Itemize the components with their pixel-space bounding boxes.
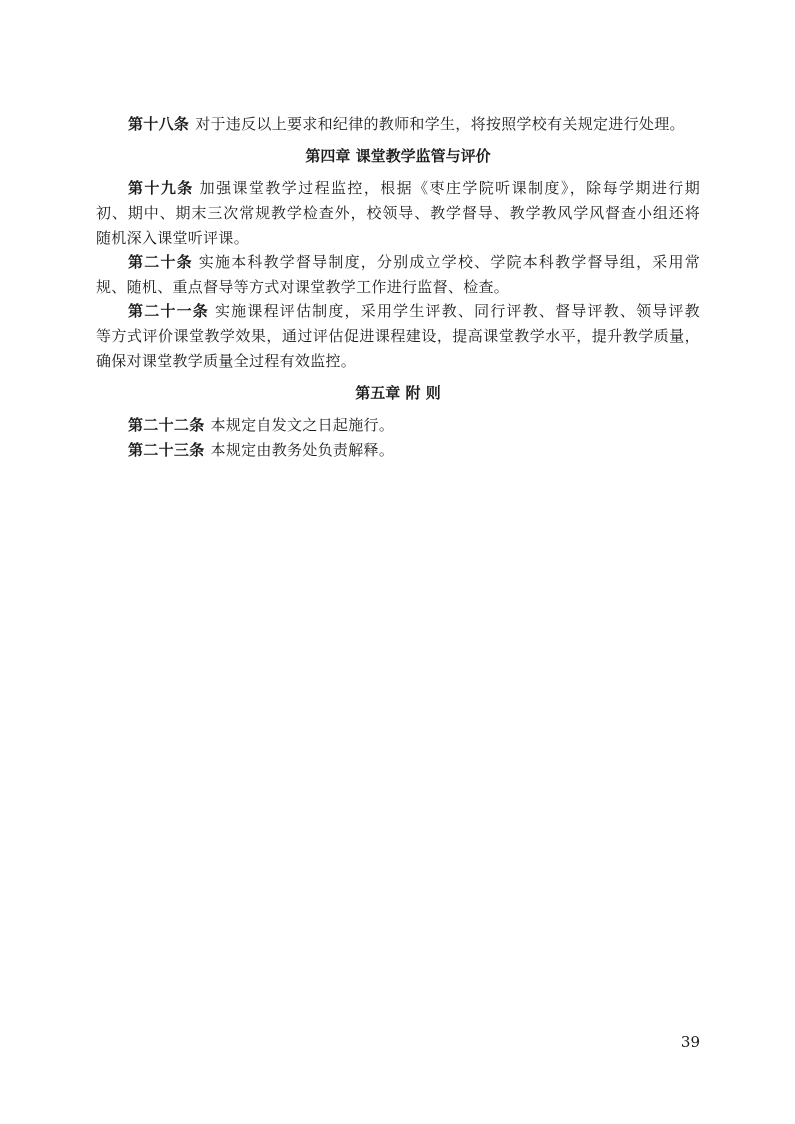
article-text: 对于违反以上要求和纪律的教师和学生，将按照学校有关规定进行处理。 bbox=[195, 115, 685, 133]
article-19-line-3: 随机深入课堂听评课。 bbox=[96, 226, 700, 250]
page-number: 39 bbox=[660, 1032, 700, 1052]
article-number: 第二十一条 bbox=[128, 302, 209, 320]
article-19-line-2: 初、期中、期末三次常规教学检查外，校领导、教学督导、教学教风学风督查小组还将 bbox=[96, 201, 700, 225]
article-20: 第二十条实施本科教学督导制度，分别成立学校、学院本科教学督导组，采用常 bbox=[128, 250, 700, 274]
article-text: 实施本科教学督导制度，分别成立学校、学院本科教学督导组，采用常 bbox=[199, 253, 700, 271]
article-text: 本规定自发文之日起施行。 bbox=[211, 416, 395, 434]
article-21-line-2: 等方式评价课堂教学效果，通过评估促进课程建设，提高课堂教学水平，提升教学质量， bbox=[96, 324, 700, 348]
article-21-line-3: 确保对课堂教学质量全过程有效监控。 bbox=[96, 349, 700, 373]
article-number: 第二十二条 bbox=[128, 416, 205, 434]
article-number: 第十九条 bbox=[128, 179, 194, 197]
chapter-heading: 第五章 附 则 bbox=[96, 381, 700, 405]
article-text: 加强课堂教学过程监控，根据《枣庄学院听课制度》，除每学期进行期 bbox=[200, 179, 700, 197]
document-page: 第十八条对于违反以上要求和纪律的教师和学生，将按照学校有关规定进行处理。 第四章… bbox=[0, 0, 795, 1124]
article-text: 实施课程评估制度，采用学生评教、同行评教、督导评教、领导评教 bbox=[215, 302, 700, 320]
article-21: 第二十一条实施课程评估制度，采用学生评教、同行评教、督导评教、领导评教 bbox=[128, 299, 700, 323]
article-18: 第十八条对于违反以上要求和纪律的教师和学生，将按照学校有关规定进行处理。 bbox=[128, 112, 700, 136]
article-22: 第二十二条本规定自发文之日起施行。 bbox=[128, 413, 700, 437]
article-number: 第二十三条 bbox=[128, 441, 205, 459]
article-number: 第十八条 bbox=[128, 115, 189, 133]
article-20-line-2: 规、随机、重点督导等方式对课堂教学工作进行监督、检查。 bbox=[96, 275, 700, 299]
chapter-heading: 第四章 课堂教学监管与评价 bbox=[96, 144, 700, 168]
article-23: 第二十三条本规定由教务处负责解释。 bbox=[128, 438, 700, 462]
article-text: 本规定由教务处负责解释。 bbox=[211, 441, 395, 459]
article-number: 第二十条 bbox=[128, 253, 193, 271]
article-19: 第十九条加强课堂教学过程监控，根据《枣庄学院听课制度》，除每学期进行期 bbox=[128, 176, 700, 200]
